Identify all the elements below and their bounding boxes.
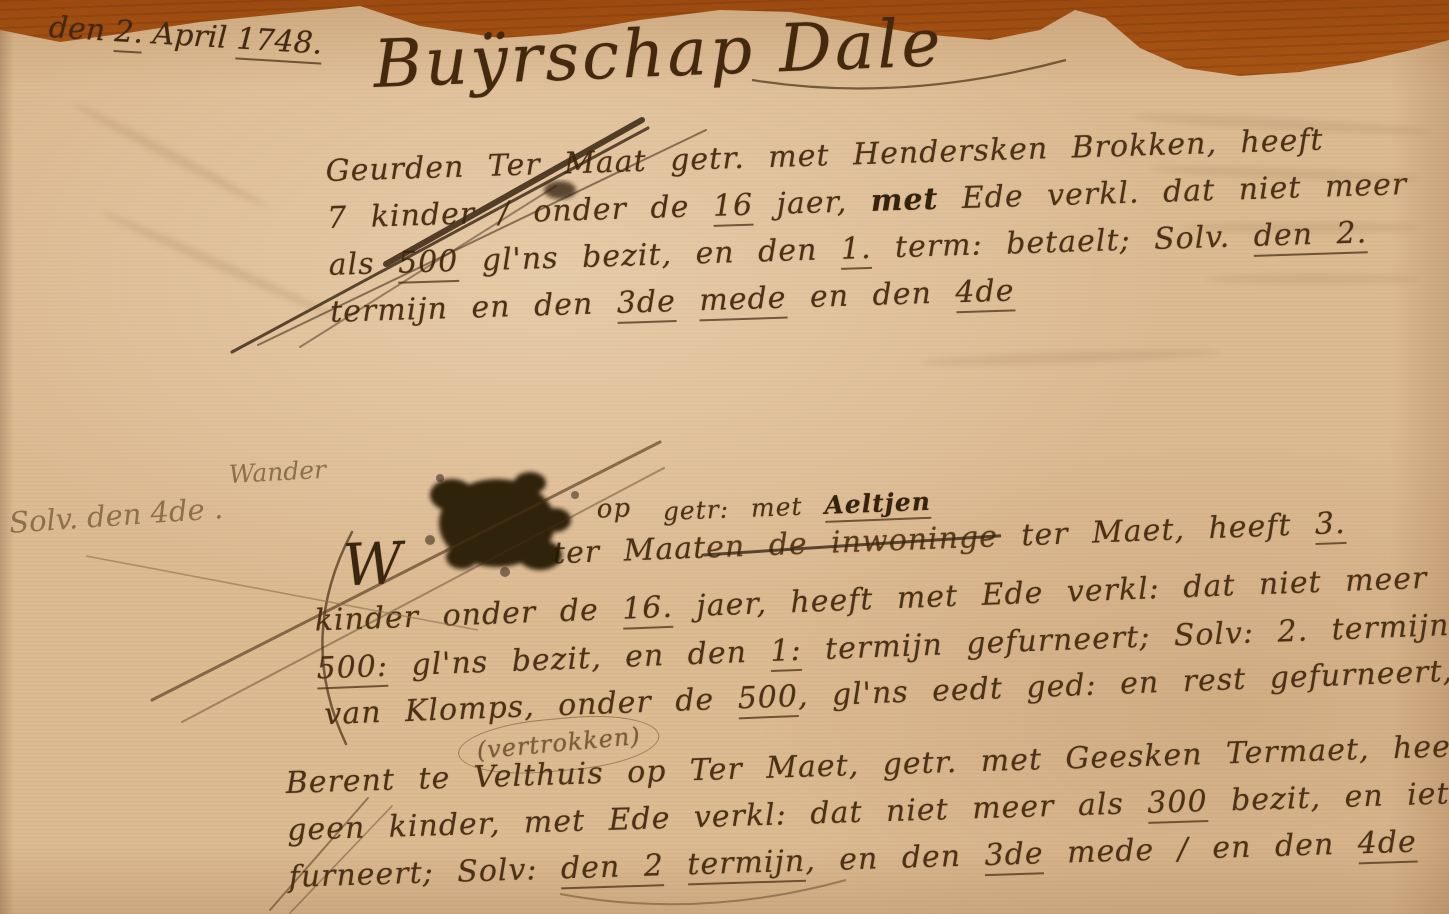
census-entry-1: Geurden Ter Maat getr. met Hendersken Br…	[325, 114, 1411, 336]
manuscript-photo: den 2. April 1748. Buÿrschap Dale Geurde…	[0, 0, 1449, 914]
blotted-initial: W	[341, 529, 404, 599]
date-month: April	[142, 16, 237, 57]
struck-text: en de inwoninge	[705, 519, 998, 565]
date-year: 1748.	[235, 21, 323, 64]
word-op: op	[596, 485, 632, 533]
ink-blot-gap	[404, 563, 554, 569]
date-prefix: den	[48, 10, 116, 49]
date-day: 2.	[113, 14, 144, 54]
interlinear-wander: Wander	[228, 455, 327, 489]
